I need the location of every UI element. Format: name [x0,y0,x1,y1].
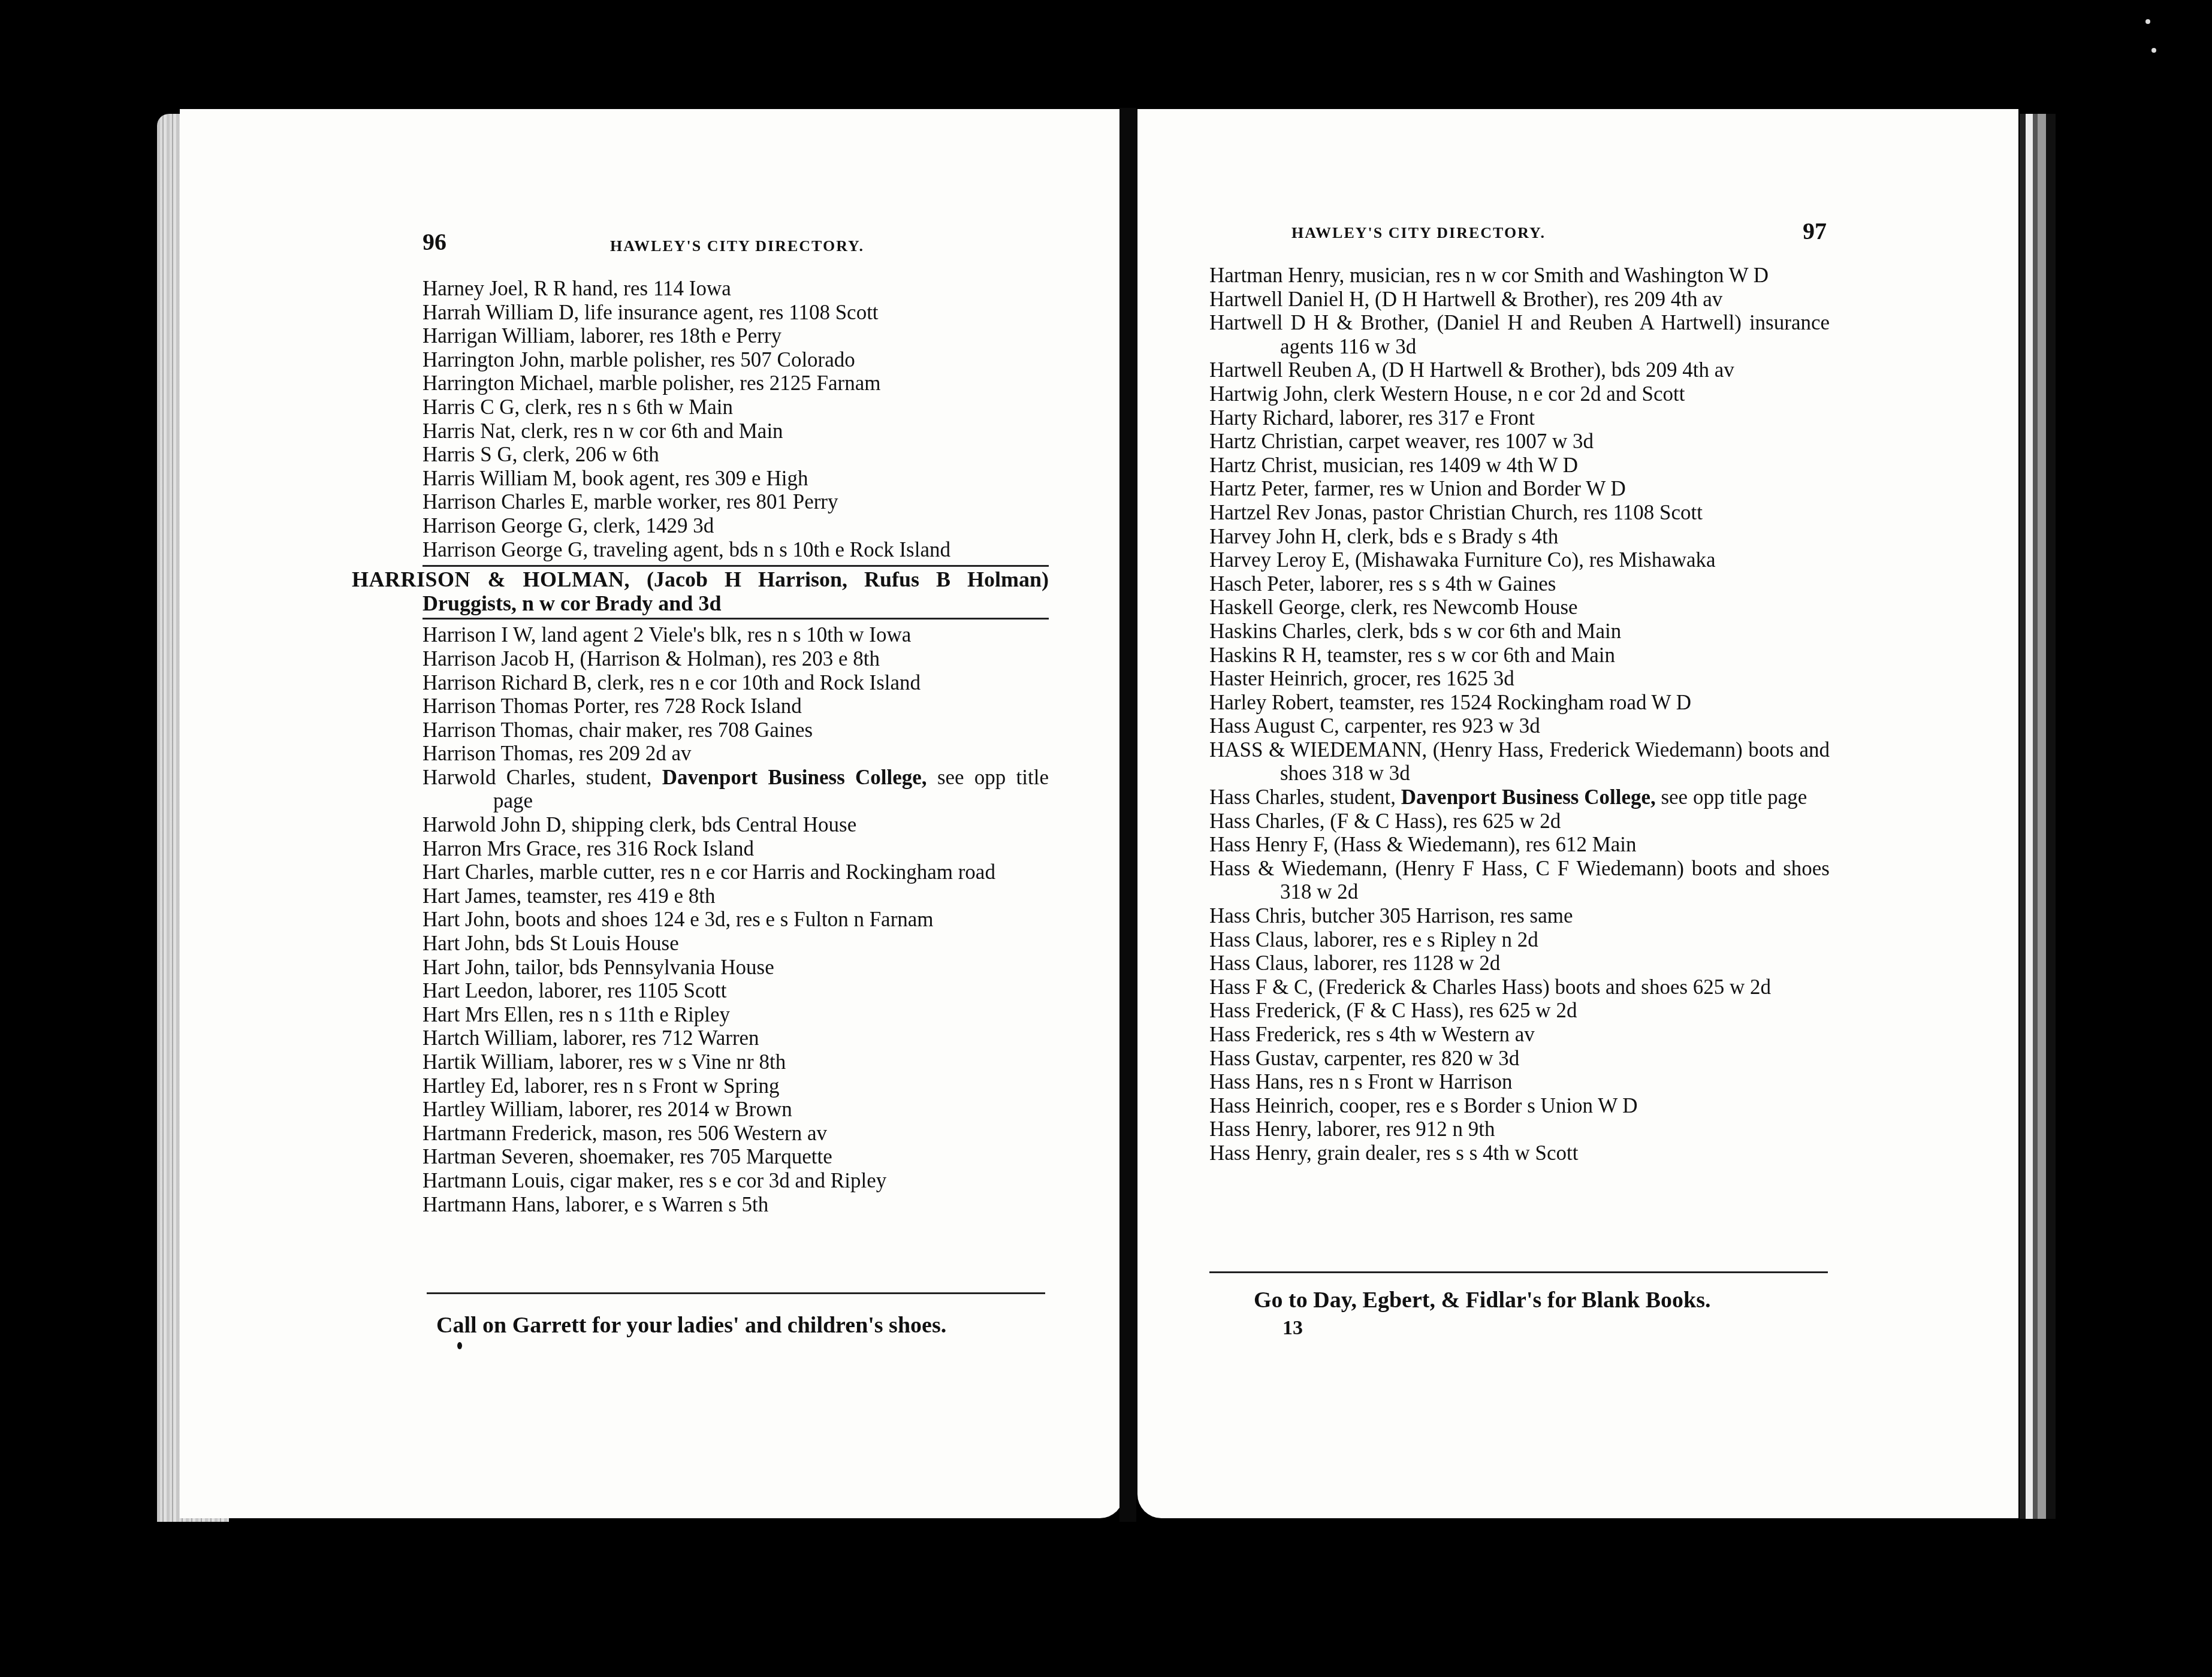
directory-entry: Hartwell D H & Brother, (Daniel H and Re… [1209,311,1830,358]
directory-entry: Hartz Peter, farmer, res w Union and Bor… [1209,477,1830,501]
scan-dust [2151,48,2156,53]
right-page-number: 97 [1803,217,1827,245]
directory-entry: Harris S G, clerk, 206 w 6th [423,443,1049,467]
directory-entry: Harrison George G, clerk, 1429 3d [423,514,1049,538]
entry-text: Harwold Charles, student, [423,766,662,789]
directory-entry: Hass Heinrich, cooper, res e s Border s … [1209,1094,1830,1118]
directory-entry: Haskins R H, teamster, res s w cor 6th a… [1209,643,1830,667]
directory-entry: Hartley Ed, laborer, res n s Front w Spr… [423,1074,1049,1098]
left-directory-column: Harney Joel, R R hand, res 114 IowaHarra… [423,277,1049,1216]
left-page-number: 96 [423,228,446,256]
directory-entry: Harrison I W, land agent 2 Viele's blk, … [423,623,1049,647]
directory-entry: Harley Robert, teamster, res 1524 Rockin… [1209,691,1830,715]
directory-entry: Harron Mrs Grace, res 316 Rock Island [423,837,1049,861]
directory-entry: Hart John, bds St Louis House [423,932,1049,956]
directory-entry: Harrison Thomas Porter, res 728 Rock Isl… [423,694,1049,718]
directory-entry: Harrah William D, life insurance agent, … [423,301,1049,325]
left-footer-rule [427,1292,1045,1294]
directory-entry: Hartwell Reuben A, (D H Hartwell & Broth… [1209,358,1830,382]
scan-dust [2145,19,2150,24]
left-footer-advertisement: Call on Garrett for your ladies' and chi… [436,1312,946,1338]
directory-entry: Hart John, tailor, bds Pennsylvania Hous… [423,956,1049,980]
directory-entry: Harvey Leroy E, (Mishawaka Furniture Co)… [1209,548,1830,572]
directory-entry: Hartz Christian, carpet weaver, res 1007… [1209,430,1830,454]
firm-name: HARRISON & HOLMAN, [352,567,630,591]
left-entries-before-firm: Harney Joel, R R hand, res 114 IowaHarra… [423,277,1049,561]
directory-entry: Harwold Charles, student, Davenport Busi… [423,766,1049,813]
right-page-edges [2020,114,2056,1519]
directory-entry: Hart James, teamster, res 419 e 8th [423,884,1049,908]
directory-entry: Haskell George, clerk, res Newcomb House [1209,596,1830,620]
left-entries-after-firm: Harrison I W, land agent 2 Viele's blk, … [423,623,1049,1216]
directory-entry: Harrigan William, laborer, res 18th e Pe… [423,324,1049,348]
directory-entry: Harty Richard, laborer, res 317 e Front [1209,406,1830,430]
directory-entry: Hartwig John, clerk Western House, n e c… [1209,382,1830,406]
directory-entry: Harrison Thomas, chair maker, res 708 Ga… [423,718,1049,742]
right-entries: Hartman Henry, musician, res n w cor Smi… [1209,264,1830,1165]
directory-entry: Hass Charles, (F & C Hass), res 625 w 2d [1209,809,1830,833]
directory-entry: Harris William M, book agent, res 309 e … [423,467,1049,491]
directory-entry: Hass Gustav, carpenter, res 820 w 3d [1209,1047,1830,1071]
directory-entry: Hass & Wiedemann, (Henry F Hass, C F Wie… [1209,857,1830,904]
directory-entry: Hass Henry F, (Hass & Wiedemann), res 61… [1209,833,1830,857]
directory-entry: Harrison George G, traveling agent, bds … [423,538,1049,562]
directory-entry: Hart John, boots and shoes 124 e 3d, res… [423,908,1049,932]
directory-entry: Hartman Henry, musician, res n w cor Smi… [1209,264,1830,288]
directory-entry: Hartzel Rev Jonas, pastor Christian Chur… [1209,501,1830,525]
book-spread: 96 HAWLEY'S CITY DIRECTORY. Harney Joel,… [0,0,2212,1677]
directory-entry: Hass Henry, laborer, res 912 n 9th [1209,1117,1830,1141]
directory-entry: Hass Claus, laborer, res e s Ripley n 2d [1209,928,1830,952]
directory-entry: Hass Claus, laborer, res 1128 w 2d [1209,951,1830,975]
directory-entry: Hartch William, laborer, res 712 Warren [423,1026,1049,1050]
directory-entry: Hass Henry, grain dealer, res s s 4th w … [1209,1141,1830,1165]
signature-mark: 13 [1282,1317,1303,1340]
directory-entry: Harrison Thomas, res 209 2d av [423,742,1049,766]
directory-entry: Hass August C, carpenter, res 923 w 3d [1209,714,1830,738]
entry-bold-advert: Davenport Business College, [1401,785,1656,809]
directory-entry: Hasch Peter, laborer, res s s 4th w Gain… [1209,572,1830,596]
directory-entry: Hart Mrs Ellen, res n s 11th e Ripley [423,1003,1049,1027]
directory-entry: Harrison Jacob H, (Harrison & Holman), r… [423,647,1049,671]
firm-listing-harrison-holman: HARRISON & HOLMAN, (Jacob H Harrison, Ru… [423,565,1049,620]
directory-entry: Hass Frederick, res s 4th w Western av [1209,1023,1830,1047]
directory-entry: Hartik William, laborer, res w s Vine nr… [423,1050,1049,1074]
entry-text: Hass Charles, student, [1209,785,1401,809]
directory-entry: Hartz Christ, musician, res 1409 w 4th W… [1209,454,1830,478]
directory-entry: Hartwell Daniel H, (D H Hartwell & Broth… [1209,288,1830,312]
right-directory-column: Hartman Henry, musician, res n w cor Smi… [1209,264,1830,1165]
directory-entry: Hartmann Hans, laborer, e s Warren s 5th [423,1193,1049,1217]
directory-entry: Hart Charles, marble cutter, res n e cor… [423,860,1049,884]
directory-entry: Haster Heinrich, grocer, res 1625 3d [1209,667,1830,691]
directory-entry: Harrington John, marble polisher, res 50… [423,348,1049,372]
directory-entry: Hart Leedon, laborer, res 1105 Scott [423,979,1049,1003]
directory-entry: Haskins Charles, clerk, bds s w cor 6th … [1209,620,1830,643]
directory-entry: Harris Nat, clerk, res n w cor 6th and M… [423,419,1049,443]
ink-speck [457,1342,462,1349]
directory-entry: Hass Hans, res n s Front w Harrison [1209,1070,1830,1094]
directory-entry: Harwold John D, shipping clerk, bds Cent… [423,813,1049,837]
directory-entry: Harris C G, clerk, res n s 6th w Main [423,395,1049,419]
directory-entry: Harney Joel, R R hand, res 114 Iowa [423,277,1049,301]
directory-entry: Harrington Michael, marble polisher, res… [423,371,1049,395]
directory-entry: Hartmann Louis, cigar maker, res s e cor… [423,1169,1049,1193]
directory-entry: Hass Frederick, (F & C Hass), res 625 w … [1209,999,1830,1023]
directory-entry: Harvey John H, clerk, bds e s Brady s 4t… [1209,525,1830,549]
right-footer-rule [1209,1271,1828,1273]
directory-entry: Hartley William, laborer, res 2014 w Bro… [423,1098,1049,1122]
right-running-head: HAWLEY'S CITY DIRECTORY. [1291,224,1546,242]
entry-bold-advert: Davenport Business College, [662,766,927,789]
left-running-head: HAWLEY'S CITY DIRECTORY. [610,237,864,255]
directory-entry: HASS & WIEDEMANN, (Henry Hass, Frederick… [1209,738,1830,785]
directory-entry: Hartmann Frederick, mason, res 506 Weste… [423,1122,1049,1146]
directory-entry: Harrison Charles E, marble worker, res 8… [423,490,1049,514]
entry-text: see opp title page [1656,785,1807,809]
directory-entry: Hass Charles, student, Davenport Busines… [1209,785,1830,809]
directory-entry: Hass Chris, butcher 305 Harrison, res sa… [1209,904,1830,928]
directory-entry: Harrison Richard B, clerk, res n e cor 1… [423,671,1049,695]
book-gutter [1119,108,1136,1522]
directory-entry: Hass F & C, (Frederick & Charles Hass) b… [1209,975,1830,999]
directory-entry: Hartman Severen, shoemaker, res 705 Marq… [423,1145,1049,1169]
right-footer-advertisement: Go to Day, Egbert, & Fidlar's for Blank … [1254,1287,1711,1313]
